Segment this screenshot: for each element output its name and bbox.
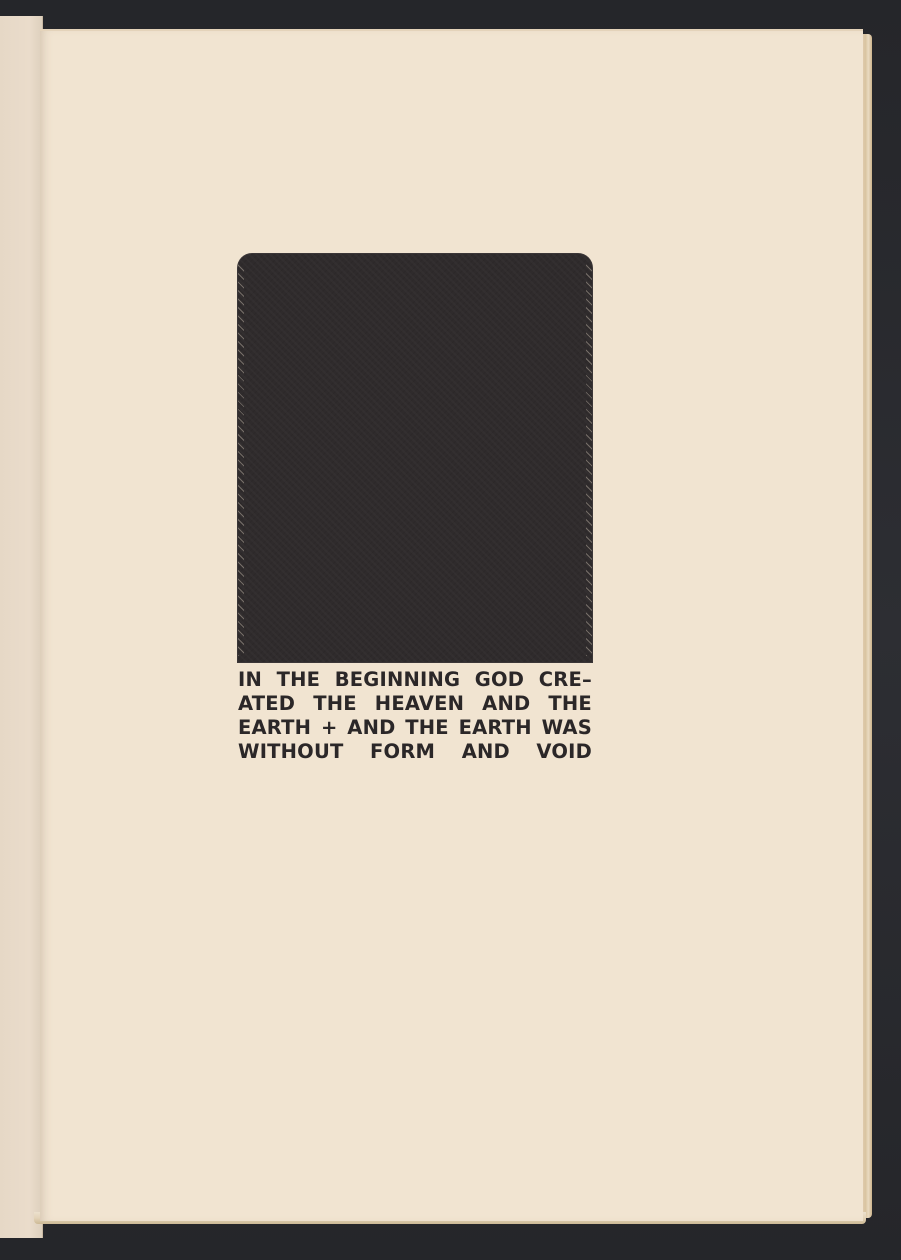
caption-word: EARTH	[459, 716, 532, 740]
caption-word: WITHOUT	[238, 740, 344, 764]
left-page-edge	[0, 16, 43, 1238]
caption-word: IN	[238, 668, 262, 692]
caption-word: THE	[277, 668, 321, 692]
caption-word: ATED	[238, 692, 295, 716]
caption-word: EARTH	[238, 716, 311, 740]
caption-word: THE	[548, 692, 592, 716]
caption-line-4: WITHOUT FORM AND VOID	[238, 740, 592, 764]
genesis-caption: IN THE BEGINNING GOD CRE– ATED THE HEAVE…	[238, 668, 592, 764]
caption-word: AND	[347, 716, 395, 740]
caption-word: AND	[462, 740, 510, 764]
caption-word: CRE–	[539, 668, 592, 692]
black-woodcut-block	[238, 254, 592, 662]
caption-word: THE	[405, 716, 449, 740]
caption-word: AND	[482, 692, 530, 716]
caption-word: GOD	[475, 668, 524, 692]
caption-word: VOID	[536, 740, 592, 764]
caption-word: HEAVEN	[375, 692, 464, 716]
caption-line-2: ATED THE HEAVEN AND THE	[238, 692, 592, 716]
caption-line-1: IN THE BEGINNING GOD CRE–	[238, 668, 592, 692]
plus-ornament: +	[321, 716, 338, 740]
woodcut-left-hatching	[238, 264, 244, 656]
woodcut-right-hatching	[586, 264, 592, 656]
caption-word: WAS	[542, 716, 592, 740]
caption-word: BEGINNING	[335, 668, 460, 692]
caption-line-3: EARTH + AND THE EARTH WAS	[238, 716, 592, 740]
caption-word: FORM	[370, 740, 435, 764]
caption-word: THE	[313, 692, 357, 716]
